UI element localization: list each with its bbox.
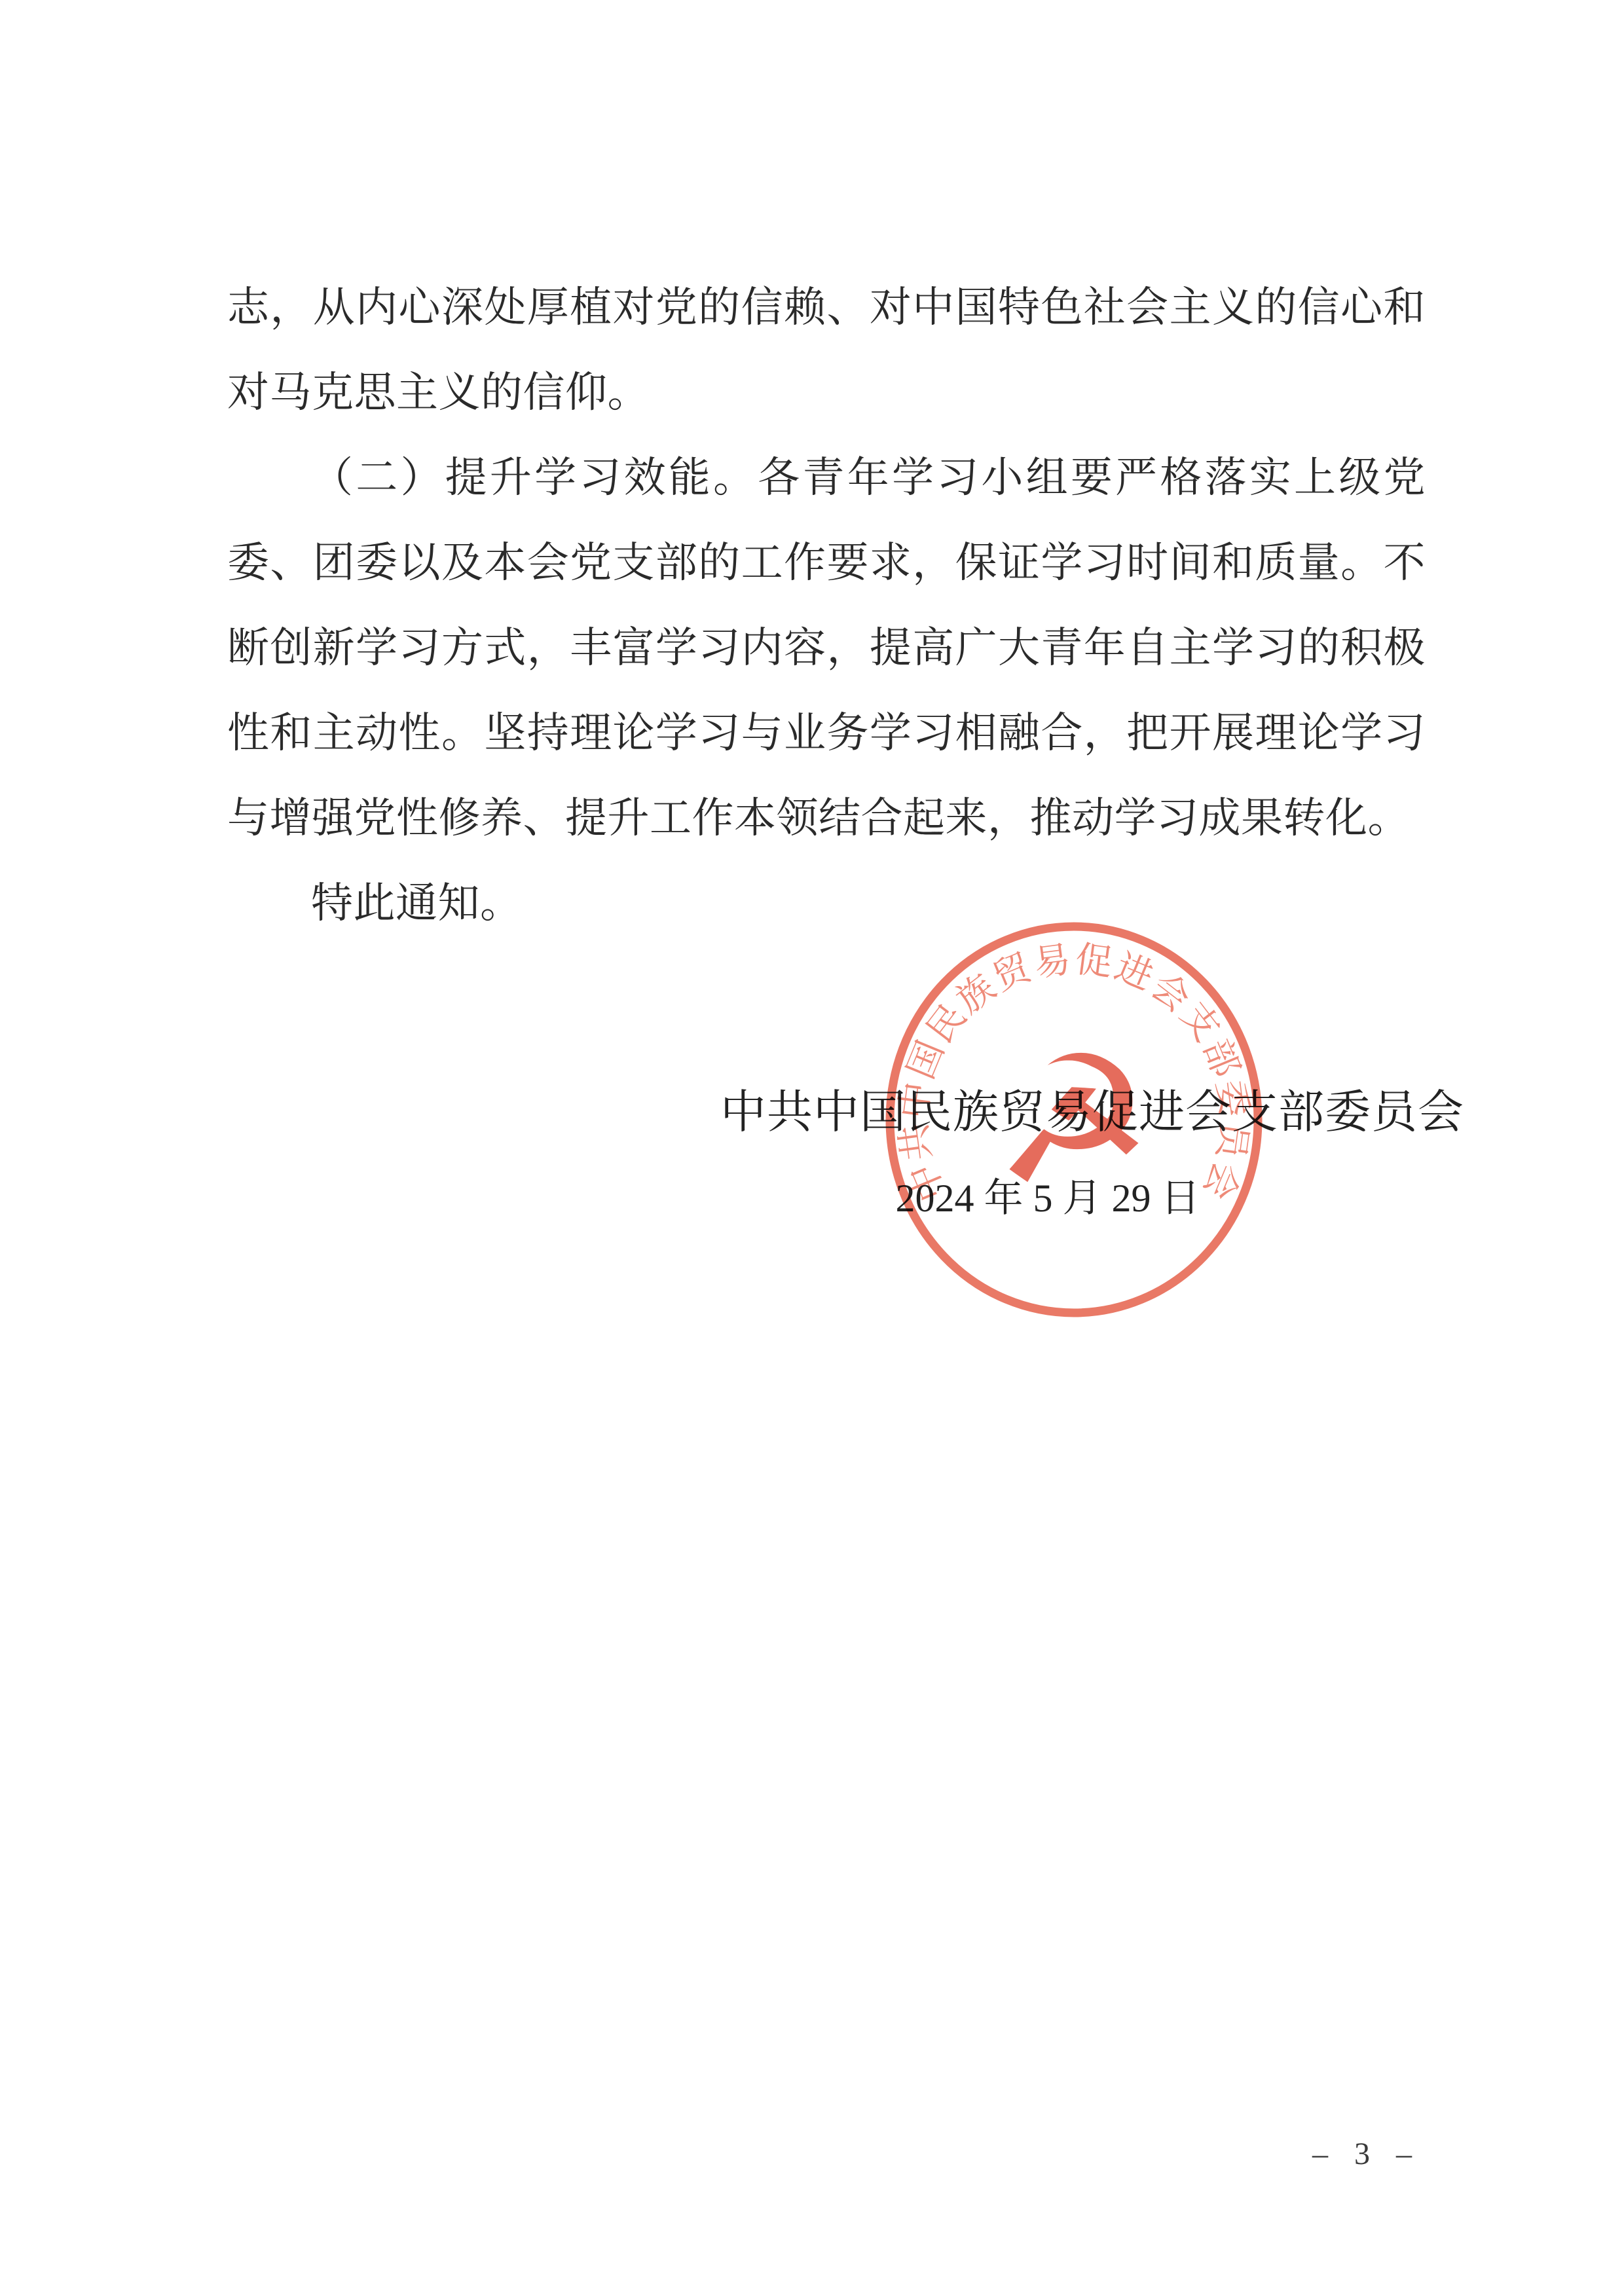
hammer-sickle-icon: ☭ (995, 1018, 1153, 1224)
body-paragraph-continuation: 志，从内心深处厚植对党的信赖、对中国特色社会主义的信心和对马克思主义的信仰。 (227, 265, 1426, 435)
page-number: – 3 – (1312, 2136, 1421, 2173)
official-seal: 中共中国民族贸易促进会支部委员会 ☭ (871, 910, 1277, 1329)
document-body: 志，从内心深处厚植对党的信赖、对中国特色社会主义的信心和对马克思主义的信仰。 （… (227, 265, 1426, 946)
document-page: 志，从内心深处厚植对党的信赖、对中国特色社会主义的信心和对马克思主义的信仰。 （… (0, 0, 1624, 2295)
body-paragraph-section-2: （二）提升学习效能。各青年学习小组要严格落实上级党委、团委以及本会党支部的工作要… (227, 435, 1426, 861)
